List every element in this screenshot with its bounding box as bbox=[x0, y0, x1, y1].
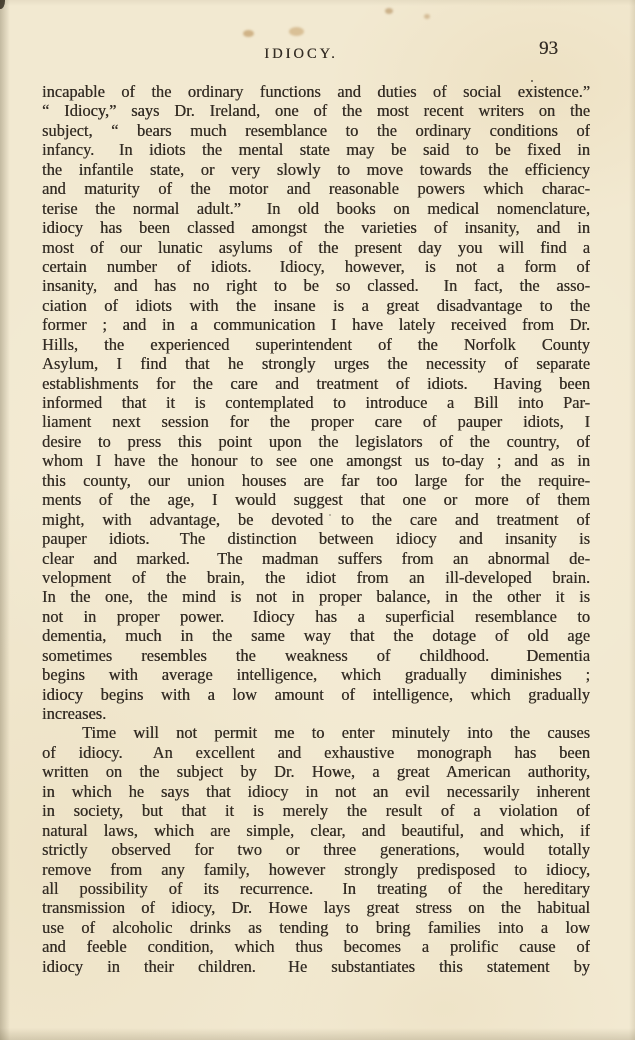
text-line: idiocy has been classed amongst the vari… bbox=[42, 218, 590, 237]
text-line: natural laws, which are simple, clear, a… bbox=[42, 821, 590, 840]
text-line: Asylum, I find that he strongly urges th… bbox=[42, 354, 590, 373]
text-line: former ; and in a communication I have l… bbox=[42, 315, 590, 334]
text-line: increases. bbox=[42, 704, 590, 723]
text-line: certain number of idiots. Idiocy, howeve… bbox=[42, 257, 590, 276]
text-line: dementia, much in the same way that the … bbox=[42, 626, 590, 645]
text-line: terise the normal adult.” In old books o… bbox=[42, 199, 590, 218]
text-line: and feeble condition, which thus becomes… bbox=[42, 937, 590, 956]
text-line: subject, “ bears much resemblance to the… bbox=[42, 121, 590, 140]
text-line: of idiocy. An excellent and exhaustive m… bbox=[42, 743, 590, 762]
foxing-stain bbox=[243, 30, 254, 37]
text-line: whom I have the honour to see one amongs… bbox=[42, 451, 590, 470]
text-line: not in proper power. Idiocy has a superf… bbox=[42, 607, 590, 626]
text-line: “ Idiocy,” says Dr. Ireland, one of the … bbox=[42, 101, 590, 120]
text-line: ments of the age, I would suggest that o… bbox=[42, 490, 590, 509]
text-line: liament next session for the proper care… bbox=[42, 412, 590, 431]
text-line: establishments for the care and treatmen… bbox=[42, 374, 590, 393]
text-line: the infantile state, or very slowly to m… bbox=[42, 160, 590, 179]
scan-edge-top bbox=[0, 0, 635, 6]
page-number: 93 bbox=[539, 38, 558, 60]
text-line: pauper idiots. The distinction between i… bbox=[42, 529, 590, 548]
text-line: might, with advantage, be devoted to the… bbox=[42, 510, 590, 529]
text-line: Hills, the experienced superintendent of… bbox=[42, 335, 590, 354]
text-block: incapable of the ordinary functions and … bbox=[42, 82, 590, 976]
text-line: idiocy in their children. He substantiat… bbox=[42, 957, 590, 976]
text-line: this county, our union houses are far to… bbox=[42, 471, 590, 490]
foxing-stain bbox=[289, 27, 304, 36]
text-line: remove from any family, however strongly… bbox=[42, 860, 590, 879]
running-title: IDIOCY. bbox=[42, 46, 590, 63]
text-line: sometimes resembles the weakness of chil… bbox=[42, 646, 590, 665]
text-line: desire to press this point upon the legi… bbox=[42, 432, 590, 451]
text-line: velopment of the brain, the idiot from a… bbox=[42, 568, 590, 587]
text-line: strictly observed for two or three gener… bbox=[42, 840, 590, 859]
text-line: infancy. In idiots the mental state may … bbox=[42, 140, 590, 159]
text-line: idiocy begins with a low amount of intel… bbox=[42, 685, 590, 704]
scan-edge-right bbox=[629, 0, 635, 1040]
scan-edge-bottom bbox=[0, 1028, 635, 1040]
foxing-stain bbox=[424, 14, 430, 19]
scanned-book-page: { "colors": { "paper": "#f2e9d1", "ink":… bbox=[0, 0, 635, 1040]
text-line: ciation of idiots with the insane is a g… bbox=[42, 296, 590, 315]
text-line: informed that it is contemplated to intr… bbox=[42, 393, 590, 412]
text-line: In the one, the mind is not in proper ba… bbox=[42, 587, 590, 606]
text-line: in society, but that it is merely the re… bbox=[42, 801, 590, 820]
text-line: begins with average intelligence, which … bbox=[42, 665, 590, 684]
text-line: all possibility of its recurrence. In tr… bbox=[42, 879, 590, 898]
text-line: incapable of the ordinary functions and … bbox=[42, 82, 590, 101]
foxing-stain bbox=[385, 8, 393, 14]
text-line: use of alcoholic drinks as tending to br… bbox=[42, 918, 590, 937]
text-line: Time will not permit me to enter minutel… bbox=[42, 723, 590, 742]
text-line: transmission of idiocy, Dr. Howe lays gr… bbox=[42, 898, 590, 917]
scan-edge-left bbox=[0, 0, 10, 1040]
text-line: insanity, and has no right to be so clas… bbox=[42, 276, 590, 295]
text-line: in which he says that idiocy in not an e… bbox=[42, 782, 590, 801]
text-line: and maturity of the motor and reasonable… bbox=[42, 179, 590, 198]
text-line: written on the subject by Dr. Howe, a gr… bbox=[42, 762, 590, 781]
text-line: most of our lunatic asylums of the prese… bbox=[42, 238, 590, 257]
text-line: clear and marked. The madman suffers fro… bbox=[42, 549, 590, 568]
